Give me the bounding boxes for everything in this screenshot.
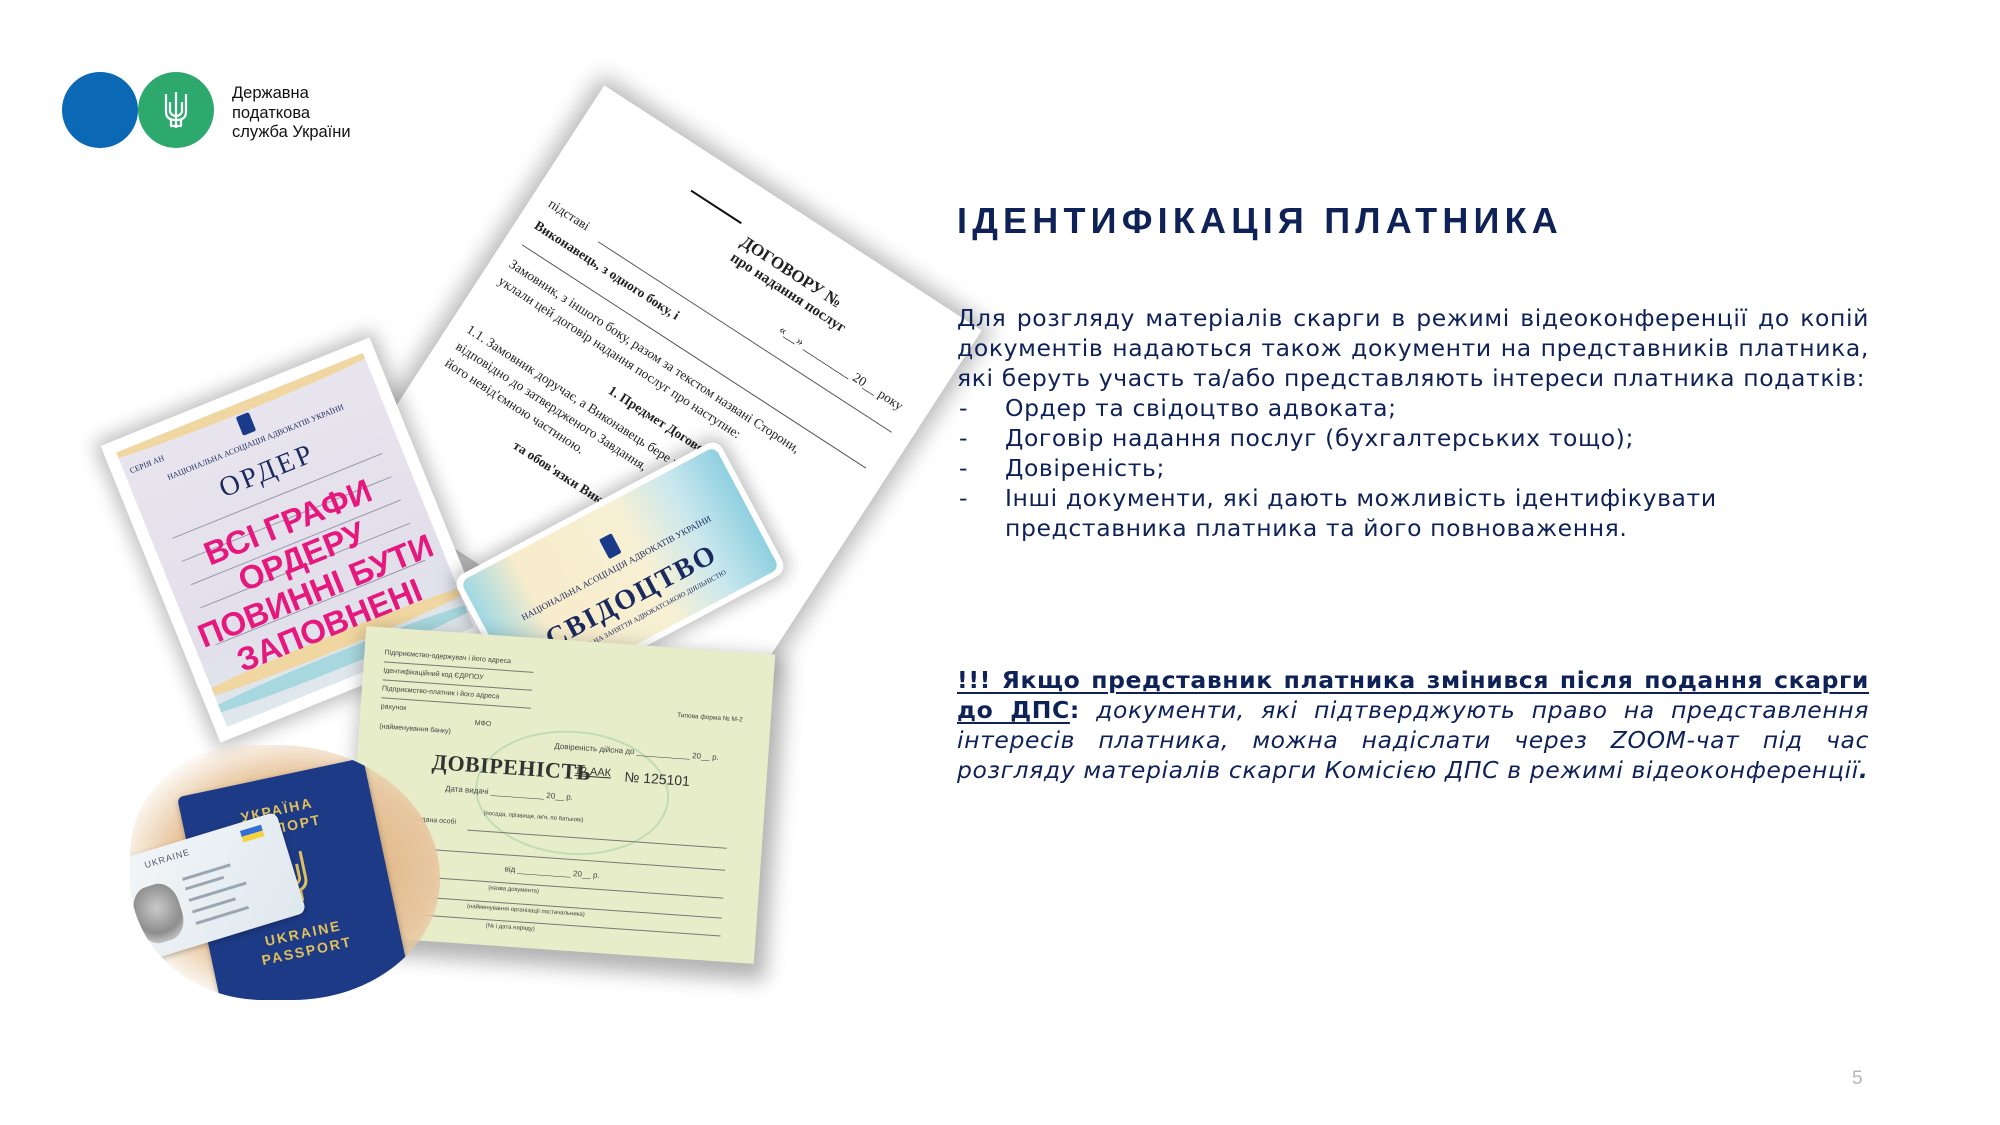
poa-field: (найменування банку) xyxy=(379,723,451,735)
poa-field: (№ і дата наряду) xyxy=(485,923,534,932)
contract-rule xyxy=(690,190,741,224)
slide-content: Для розгляду матеріалів скарги в режимі … xyxy=(957,303,1869,543)
bar-association-emblem-icon xyxy=(599,533,622,559)
slide-title: ІДЕНТИФІКАЦІЯ ПЛАТНИКА xyxy=(957,200,1563,242)
intro-paragraph: Для розгляду матеріалів скарги в режимі … xyxy=(957,303,1869,393)
bullet-dash: - xyxy=(959,393,968,423)
bar-association-emblem-icon xyxy=(236,412,256,436)
list-item: -Ордер та свідоцтво адвоката; xyxy=(957,393,1869,423)
note-end: . xyxy=(1859,756,1869,784)
list-item-text: Інші документи, які дають можливість іде… xyxy=(1005,484,1717,542)
documents-collage: ДОГОВОРУ № про надання послуг «__» _____… xyxy=(0,0,900,1125)
poa-field: рахунок xyxy=(380,703,406,712)
representative-change-note: !!! Якщо представник платника змінився п… xyxy=(957,665,1869,785)
ukraine-flag-icon xyxy=(240,825,265,843)
id-card-photo xyxy=(130,879,189,948)
poa-field: МФО xyxy=(475,720,492,728)
list-item-text: Довіреність; xyxy=(1005,454,1165,482)
poa-field: від ____________ 20__ р. xyxy=(504,864,600,880)
list-item: -Інші документи, які дають можливість ід… xyxy=(957,483,1869,543)
order-series: СЕРІЯ АН xyxy=(129,453,166,475)
bullet-dash: - xyxy=(959,453,968,483)
poa-series: 12 ААК xyxy=(574,765,611,780)
list-item: -Договір надання послуг (бухгалтерських … xyxy=(957,423,1869,453)
required-documents-list: -Ордер та свідоцтво адвоката; -Договір н… xyxy=(957,393,1869,543)
poa-field: Ідентифікаційний код ЄДРПОУ xyxy=(383,667,484,681)
list-item-text: Договір надання послуг (бухгалтерських т… xyxy=(1005,424,1634,452)
poa-form-number: Типова форма № М-2 xyxy=(677,712,743,724)
page-number: 5 xyxy=(1852,1068,1863,1090)
note-colon: : xyxy=(1070,696,1080,724)
list-item: -Довіреність; xyxy=(957,453,1869,483)
poa-field: (назва документа) xyxy=(488,885,539,895)
note-body: документи, які підтверджують право на пр… xyxy=(957,696,1869,784)
bullet-dash: - xyxy=(959,423,968,453)
id-card-label: UKRAINE xyxy=(143,847,191,870)
bullet-dash: - xyxy=(959,483,968,513)
list-item-text: Ордер та свідоцтво адвоката; xyxy=(1005,394,1397,422)
